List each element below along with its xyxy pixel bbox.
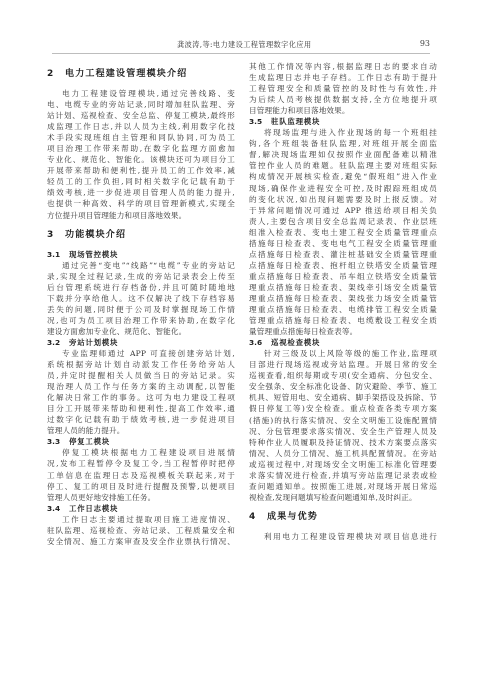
text-line: 组准入检查表、变电土建工程安全质量管理重点: [249, 227, 437, 238]
text-line: 方位提升项目管理能力和项目落地效果。: [47, 210, 235, 221]
text-line: 安全强条、安全标准化设备、防灾避险、季节、施工: [249, 381, 437, 392]
left-column: 2电力工程建设管理模块介绍 电力工程建设管理模块,通过完善线路、变 电、电缆专业…: [47, 60, 235, 547]
text-line: 过数字化记载有助于绩效考核,进一步促进项目: [47, 414, 235, 425]
text-line: 电、电缆专业的旁站记录,同时增加驻队监理、旁: [47, 99, 235, 110]
text-line: 特种作业人员履职及持证情况、技术方案要点落实: [249, 437, 437, 448]
text-line: 录,实现全过程记录,生成的旁站记录表会上传至: [47, 271, 235, 282]
text-line: 项目治理工作带来帮助,在数字化监理方面愈加: [47, 143, 235, 154]
text-line: 目部进行现场巡视或旁站监理。开展日常的安全: [249, 359, 437, 370]
section-3-2-paragraph: 专业监理师通过 APP 可直接创建旁站计划, 系统根据旁站计划自动派发工作任务给…: [47, 348, 235, 436]
text-line: 措施每日检查表、变电电气工程安全质量管理重: [249, 238, 437, 249]
text-line: 况,也可为员工项目治理工作带来协助,在数字化: [47, 315, 235, 326]
text-line: 建设方面愈加专业化、规范化、智能化。: [47, 326, 235, 337]
text-line: 术手段实现班组自主管理和同队协同,可为员工: [47, 132, 235, 143]
text-line: 系统根据旁站计划自动派发工作任务给旁站人: [47, 359, 235, 370]
text-line: 情况、人员分工情况、施工机具配置情况。在旁站: [249, 448, 437, 459]
text-line: 员,并定时提醒相关人员做当日的旁站记录。实: [47, 370, 235, 381]
text-line: 理重点措施每日检查表、架线牵引场安全质量管: [249, 282, 437, 293]
text-line: 站计划、巡视检查、安全总监、停复工模块,最终形: [47, 110, 235, 121]
text-line: 理重点措施每日检查表、架线张力场安全质量管: [249, 293, 437, 304]
text-line: 管控作业人员的难题。驻队监理主要对班组实际: [249, 160, 437, 171]
text-line: 轻员工的工作负担,同时相关数字化记载有助于: [47, 176, 235, 187]
text-line: 督,解决现场监理如仅按照作业面配备难以精准: [249, 149, 437, 160]
text-line: 丢失的问题,同时便于公司及时掌握现场工作情: [47, 304, 235, 315]
text-line: 点措施每日检查表、抱杆组立铁塔安全质量管理: [249, 260, 437, 271]
right-column: 其他工作情况等内容,根据监理日志的要求自动 生成监理日志并电子存档。工作日志有助…: [249, 61, 437, 542]
text-line: 安全情况、施工方案审查及安全作业票执行情况、: [47, 536, 235, 547]
text-line: 也提供一种高效、科学的项目管理新模式,实现全: [47, 198, 235, 209]
text-line: 现治理人员工作与任务方案的主动调配,以智能: [47, 381, 235, 392]
text-line: 针对三级及以上风险等级的施工作业,监理项: [249, 348, 437, 359]
text-line: 假日停复工等)安全检查。重点检查各类专项方案: [249, 403, 437, 414]
text-line: 求落实情况进行检查,并填写旁站监理记录表或检: [249, 470, 437, 481]
text-line: 将现场监理与进入作业现场的每一个班组挂: [249, 127, 437, 138]
text-line: 绩效考核,进一步促进项目管理人员的能力提升,: [47, 187, 235, 198]
text-line: 或巡视过程中,对现场安全文明施工标准化管理要: [249, 459, 437, 470]
text-line: 钩,各个班组装备驻队监理,对班组开展全面监: [249, 138, 437, 149]
text-line: 后台管理系统进行存档备份,并且可随时随地地: [47, 282, 235, 293]
text-line: 工作日志主要通过提取项目施工进度情况、: [47, 514, 235, 525]
text-line: 构成情况开展核实检查,避免“假班组”进入作业: [249, 171, 437, 182]
text-line: 管理人员更好地安排施工任务。: [47, 492, 235, 503]
text-line: 生成监理日志并电子存档。工作日志有助于提升: [249, 72, 437, 83]
text-line: 专业化、规范化、智能化。该模块还可为项目分工: [47, 154, 235, 165]
section-3-5-heading: 3.5驻队监理模块: [249, 116, 437, 127]
section-3-3-paragraph: 停复工模块根据电力工程建设项目进展情 况,发布工程暂停令及复工令,当工程暂停时把…: [47, 447, 235, 502]
text-line: 点措施每日检查表、灌注桩基础安全质量管理重: [249, 249, 437, 260]
text-line: 况、分包管理要求落实情况、安全生产管理人员及: [249, 426, 437, 437]
running-title: 龚波涛,等:电力建设工程管理数字化应用: [177, 40, 312, 50]
text-line: 下载并分享给他人。这不仅解决了线下存档容易: [47, 293, 235, 304]
text-line: 开展带来帮助和便利性,提升员工的工作效率,减: [47, 165, 235, 176]
text-line: 视检查,发现问题填写检查问题通知单,及时纠正。: [249, 492, 437, 503]
section-3-4-heading: 3.4工作日志模块: [47, 503, 235, 514]
text-line: 重点措施每日检查表、吊车组立铁塔安全质量管: [249, 271, 437, 282]
section-3-heading: 3功能模块介绍: [47, 228, 235, 242]
text-line: 停复工模块根据电力工程建设项目进展情: [47, 447, 235, 458]
section-3-6-heading: 3.6巡视检查模块: [249, 337, 437, 348]
text-line: 目管理能力和项目落地效果。: [249, 105, 437, 116]
text-line: 查问题通知单。按照施工进展,对现场开展日常巡: [249, 481, 437, 492]
text-line: 专业监理师通过 APP 可直接创建旁站计划,: [47, 348, 235, 359]
section-3-4-continued: 其他工作情况等内容,根据监理日志的要求自动 生成监理日志并电子存档。工作日志有助…: [249, 61, 437, 116]
section-3-1-paragraph: 通过完善“变电”“线路”“电缆”专业的旁站记 录,实现全过程记录,生成的旁站记录…: [47, 260, 235, 337]
section-3-1-heading: 3.1现场管控模块: [47, 249, 235, 260]
section-3-3-heading: 3.3停复工模块: [47, 436, 235, 447]
text-line: 为后续人员考核提供数据支持,全方位地提升项: [249, 94, 437, 105]
running-header: 龚波涛,等:电力建设工程管理数字化应用 93: [52, 39, 430, 54]
text-line: 成监理工作日志,并以人员为主线,利用数字化技: [47, 121, 235, 132]
text-line: 的变化状况,如出现问题需要及时上报反馈。对: [249, 194, 437, 205]
page-number: 93: [420, 39, 430, 48]
section-3-2-heading: 3.2旁站计划模块: [47, 337, 235, 348]
text-line: 利用电力工程建设管理模块对项目信息进行: [249, 531, 437, 542]
text-line: 管理人员的能力提升。: [47, 425, 235, 436]
text-line: 量管理重点措施每日检查表等。: [249, 326, 437, 337]
text-line: 工单信息在监理日志及巡视模板关联起来,对于: [47, 470, 235, 481]
text-line: 况,发布工程暂停令及复工令,当工程暂停时把停: [47, 458, 235, 469]
text-line: 停工、复工的项目及时进行提醒及预警,以便项目: [47, 481, 235, 492]
text-line: 目分工开展带来帮助和便利性,提高工作效率,通: [47, 403, 235, 414]
text-line: 现场,确保作业进程安全可控,及时跟踪班组成员: [249, 183, 437, 194]
text-line: 巡视查看,组织每期或专项(安全通病、分包安全、: [249, 370, 437, 381]
text-line: 其他工作情况等内容,根据监理日志的要求自动: [249, 61, 437, 72]
text-line: 责人,主要包含项目安全总监周记录表、作业层班: [249, 216, 437, 227]
text-line: 电力工程建设管理模块,通过完善线路、变: [47, 88, 235, 99]
section-3-6-paragraph: 针对三级及以上风险等级的施工作业,监理项 目部进行现场巡视或旁站监理。开展日常的…: [249, 348, 437, 503]
text-line: 管理重点措施每日检查表、电缆敷设工程安全质: [249, 315, 437, 326]
text-line: 驻队监理、巡视检查、旁站记录、工程质量安全和: [47, 525, 235, 536]
text-line: 通过完善“变电”“线路”“电缆”专业的旁站记: [47, 260, 235, 271]
section-4-heading: 4成果与优势: [249, 510, 437, 524]
text-line: (措施)的执行落实情况、安全文明施工设施配置情: [249, 415, 437, 426]
text-line: 机具、短管用电、安全通病、脚手架搭设及拆除、节: [249, 392, 437, 403]
text-line: 工程管理安全和质量管控的及时性与有效性,并: [249, 83, 437, 94]
section-2-paragraph: 电力工程建设管理模块,通过完善线路、变 电、电缆专业的旁站记录,同时增加驻队监理…: [47, 88, 235, 221]
section-3-5-paragraph: 将现场监理与进入作业现场的每一个班组挂 钩,各个班组装备驻队监理,对班组开展全面…: [249, 127, 437, 337]
text-line: 化解决日常工作的事务。这可为电力建设工程项: [47, 392, 235, 403]
section-3-4-paragraph: 工作日志主要通过提取项目施工进度情况、 驻队监理、巡视检查、旁站记录、工程质量安…: [47, 514, 235, 547]
text-line: 于异常问题情况可通过 APP 推送给项目相关负: [249, 205, 437, 216]
section-2-heading: 2电力工程建设管理模块介绍: [47, 67, 235, 81]
text-line: 理重点措施每日检查表、电缆排管工程安全质量: [249, 304, 437, 315]
section-4-paragraph: 利用电力工程建设管理模块对项目信息进行: [249, 531, 437, 542]
